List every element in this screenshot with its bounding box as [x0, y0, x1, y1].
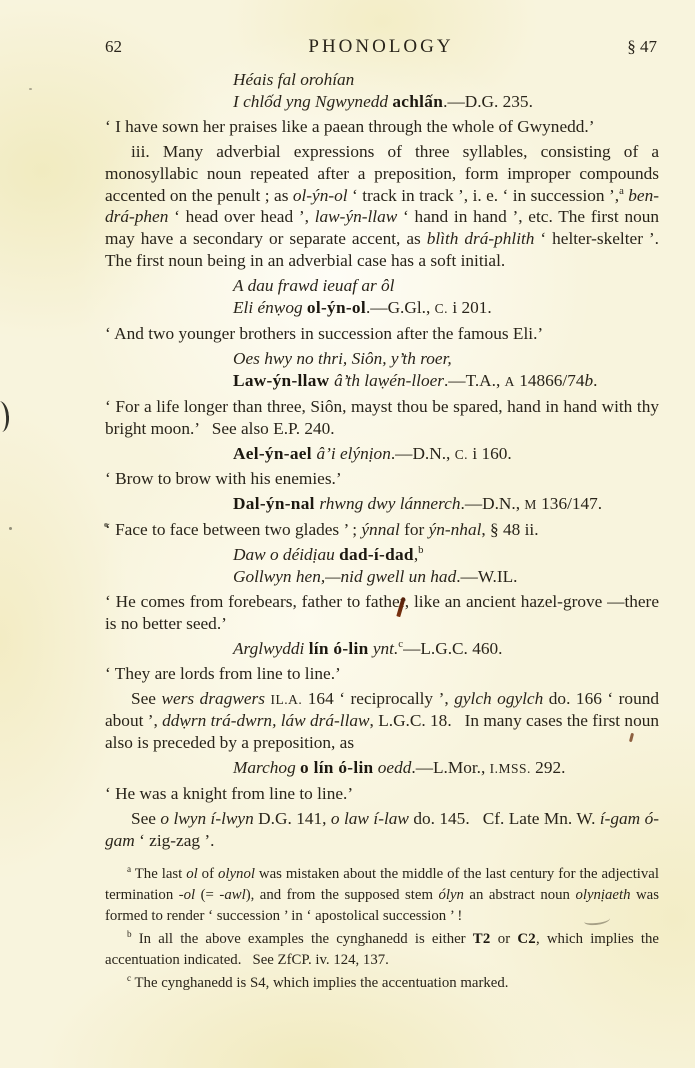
page-content: Héais fal orohíanI chlốd yng Ngwynedd ac…: [105, 66, 659, 996]
paper-speck: [29, 88, 32, 90]
text-segment: i 201.: [448, 298, 492, 317]
verse-block: Oes hwy no thri, Siôn, y’th roer,Law-ýn-…: [233, 348, 659, 393]
text-segment: C2: [517, 931, 536, 947]
text-segment: .—W.IL.: [456, 567, 517, 586]
text-segment: i 160.: [468, 444, 512, 463]
verse-block: Daw o déidịau dad-í-dad,bGollwyn hen,—ni…: [233, 544, 659, 588]
running-title: PHONOLOGY: [195, 36, 567, 58]
page-number: 62: [105, 37, 195, 57]
text-segment: -ol: [179, 887, 195, 903]
text-segment: c.: [455, 447, 468, 462]
translation-paragraph: ‘ He comes from forebears, father to fat…: [105, 591, 659, 635]
text-segment: 292.: [531, 758, 566, 777]
text-segment: D.G. 141,: [254, 809, 331, 828]
text-segment: m: [524, 497, 537, 512]
text-segment: Dal-ýn-nal: [233, 494, 319, 513]
text-segment: .—D.G. 235.: [443, 92, 533, 111]
text-segment: ol: [186, 866, 198, 882]
verse-block: Marchog o lín ó-lin oedd.—L.Mor., i.mss.…: [233, 757, 659, 780]
text-segment: 136/147.: [537, 494, 602, 513]
text-segment: Arglwyddi: [233, 639, 309, 658]
text-segment: for: [400, 520, 429, 539]
text-segment: Oes hwy no thri, Siôn, y’th roer,: [233, 349, 452, 368]
text-segment: i.mss.: [490, 761, 531, 776]
text-segment: , § 48 ii.: [481, 520, 538, 539]
text-segment: oedd: [378, 758, 412, 777]
text-segment: b: [584, 371, 593, 390]
text-segment: Eli énẉog: [233, 298, 307, 317]
footnote: a The last ol of olynol was mistaken abo…: [105, 864, 659, 927]
text-segment: A dau frawd ieuaf ar ôl: [233, 276, 394, 295]
translation-paragraph: ‘ I have sown her praises like a paean t…: [105, 116, 659, 138]
text-segment: ‘ They are lords from line to line.’: [105, 664, 341, 683]
text-segment: ‘ head over head ’,: [168, 207, 314, 226]
text-segment: ‘ For a life longer than three, Siôn, ma…: [105, 397, 659, 438]
text-segment: o lwyn í-lwyn: [160, 809, 253, 828]
translation-paragraph: ‘ Brow to brow with his enemies.’: [105, 468, 659, 490]
text-segment: law-ýn-llaw: [315, 207, 398, 226]
text-segment: o law í-law: [331, 809, 409, 828]
text-segment: wers dragwers: [162, 689, 265, 708]
translation-paragraph: ‘ He was a knight from line to line.’: [105, 783, 659, 805]
text-segment: ‘ And two younger brothers in succession…: [105, 324, 543, 343]
text-segment: ‘ zig-zag ’.: [135, 831, 215, 850]
body-paragraph: iii. Many adverbial expressions of three…: [105, 141, 659, 272]
text-segment: ýnnal: [361, 520, 399, 539]
text-segment: gylch ogylch: [454, 689, 543, 708]
text-segment: 14866/74: [515, 371, 585, 390]
text-segment: ol-ýn-ol: [307, 298, 366, 317]
verse-block: A dau frawd ieuaf ar ôlEli énẉog ol-ýn-o…: [233, 275, 659, 320]
text-segment: Ael-ýn-ael: [233, 444, 316, 463]
text-segment: ‘ Face to face between two glades ’ ;: [105, 520, 361, 539]
text-segment: a: [505, 374, 515, 389]
text-segment: ‘ I have sown her praises like a paean t…: [105, 117, 594, 136]
verse-line: Gollwyn hen,—nid gwell un had.—W.IL.: [233, 566, 659, 588]
text-segment: -awl: [219, 887, 245, 903]
footnote: b In all the above examples the cynghane…: [105, 929, 659, 971]
text-segment: (=: [195, 887, 219, 903]
text-segment: The cynghanedd is S4, which implies the …: [131, 975, 508, 991]
text-segment: See: [131, 689, 162, 708]
translation-paragraph: ‘ For a life longer than three, Siôn, ma…: [105, 396, 659, 440]
text-segment: In all the above examples the cynghanedd…: [132, 931, 473, 947]
verse-block: Héais fal orohíanI chlốd yng Ngwynedd ac…: [233, 69, 659, 113]
verse-line: Marchog o lín ó-lin oedd.—L.Mor., i.mss.…: [233, 757, 659, 780]
verse-line: Eli énẉog ol-ýn-ol.—G.Gl., c. i 201.: [233, 297, 659, 320]
footnote: c The cynghanedd is S4, which implies th…: [105, 973, 659, 994]
text-segment: ‘ Brow to brow with his enemies.’: [105, 469, 342, 488]
text-segment: b: [418, 544, 423, 556]
text-segment: ólyn: [438, 887, 463, 903]
text-segment: ‘ He was a knight from line to line.’: [105, 784, 353, 803]
verse-line: Ael-ýn-ael â’i elýnịon.—D.N., c. i 160.: [233, 443, 659, 466]
verse-block: Ael-ýn-ael â’i elýnịon.—D.N., c. i 160.: [233, 443, 659, 466]
text-segment: ‘ track in track ’, i. e. ‘ in successio…: [348, 186, 619, 205]
text-segment: T2: [473, 931, 491, 947]
book-page: 62 PHONOLOGY § 47 Héais fal orohíanI chl…: [0, 0, 695, 1068]
margin-dot-mark: [104, 523, 108, 527]
scan-edge-mark: [0, 401, 10, 433]
text-segment: dad-í-dad: [339, 545, 414, 564]
text-segment: —L.G.C. 460.: [403, 639, 502, 658]
verse-line: Héais fal orohían: [233, 69, 659, 91]
text-segment: olynol: [218, 866, 255, 882]
text-segment: .—D.N.,: [461, 494, 525, 513]
text-segment: .: [593, 371, 597, 390]
text-segment: .—L.Mor.,: [411, 758, 489, 777]
verse-block: Dal-ýn-nal rhwng dwy lánnerch.—D.N., m 1…: [233, 493, 659, 516]
body-paragraph: See wers dragwers il.a. 164 ‘ reciprocal…: [105, 688, 659, 755]
text-segment: â’th laẉén-lloer: [334, 371, 444, 390]
translation-paragraph: ‘ They are lords from line to line.’: [105, 663, 659, 685]
text-segment: .—T.A.,: [444, 371, 505, 390]
text-segment: o lín ó-lin: [300, 758, 373, 777]
verse-line: Arglwyddi lín ó-lin ynt.c—L.G.C. 460.: [233, 638, 659, 660]
text-segment: ddẉrn trá-dwrn, láw drá-llaw: [162, 711, 369, 730]
text-segment: â’i elýnịon: [316, 444, 390, 463]
text-segment: rhwng dwy lánnerch: [319, 494, 460, 513]
text-segment: .—D.N.,: [391, 444, 455, 463]
text-segment: or: [491, 931, 518, 947]
section-mark: § 47: [567, 37, 657, 57]
verse-line: A dau frawd ieuaf ar ôl: [233, 275, 659, 297]
verse-line: I chlốd yng Ngwynedd achlấn.—D.G. 235.: [233, 91, 659, 113]
text-segment: c.: [435, 301, 448, 316]
page-header: 62 PHONOLOGY § 47: [105, 36, 657, 58]
verse-line: Dal-ýn-nal rhwng dwy lánnerch.—D.N., m 1…: [233, 493, 659, 516]
verse-line: Daw o déidịau dad-í-dad,b: [233, 544, 659, 566]
text-segment: Marchog: [233, 758, 300, 777]
text-segment: See: [131, 809, 160, 828]
text-segment: achlấn: [392, 92, 443, 111]
text-segment: Gollwyn hen,—nid gwell un had: [233, 567, 456, 586]
body-paragraph: See o lwyn í-lwyn D.G. 141, o law í-law …: [105, 808, 659, 852]
verse-block: Arglwyddi lín ó-lin ynt.c—L.G.C. 460.: [233, 638, 659, 660]
text-segment: The last: [131, 866, 186, 882]
text-segment: blìth drá-phlith: [427, 229, 535, 248]
paper-speck: [9, 527, 12, 530]
text-segment: 164 ‘ reciprocally ’,: [302, 689, 454, 708]
verse-line: Law-ýn-llaw â’th laẉén-lloer.—T.A., a 14…: [233, 370, 659, 393]
text-segment: ynt.: [373, 639, 398, 658]
text-segment: ), and from the supposed stem: [246, 887, 439, 903]
text-segment: .—G.Gl.,: [366, 298, 435, 317]
text-segment: Héais fal orohían: [233, 70, 354, 89]
text-segment: of: [198, 866, 218, 882]
verse-line: Oes hwy no thri, Siôn, y’th roer,: [233, 348, 659, 370]
text-segment: Daw o déidịau: [233, 545, 339, 564]
text-segment: Law-ýn-llaw: [233, 371, 334, 390]
text-segment: ol-ýn-ol: [293, 186, 348, 205]
text-segment: il.a.: [271, 692, 303, 707]
text-segment: olynịaeth: [575, 887, 630, 903]
translation-paragraph: ‘ Face to face between two glades ’ ; ýn…: [105, 519, 659, 541]
text-segment: do. 145. Cf. Late Mn. W.: [409, 809, 600, 828]
text-segment: I chlốd yng Ngwynedd: [233, 92, 392, 111]
text-segment: lín ó-lin: [309, 639, 369, 658]
text-segment: ýn-nhal: [429, 520, 482, 539]
text-segment: an abstract noun: [464, 887, 576, 903]
translation-paragraph: ‘ And two younger brothers in succession…: [105, 323, 659, 345]
text-segment: ‘ He comes from forebears, father to fat…: [105, 592, 659, 633]
